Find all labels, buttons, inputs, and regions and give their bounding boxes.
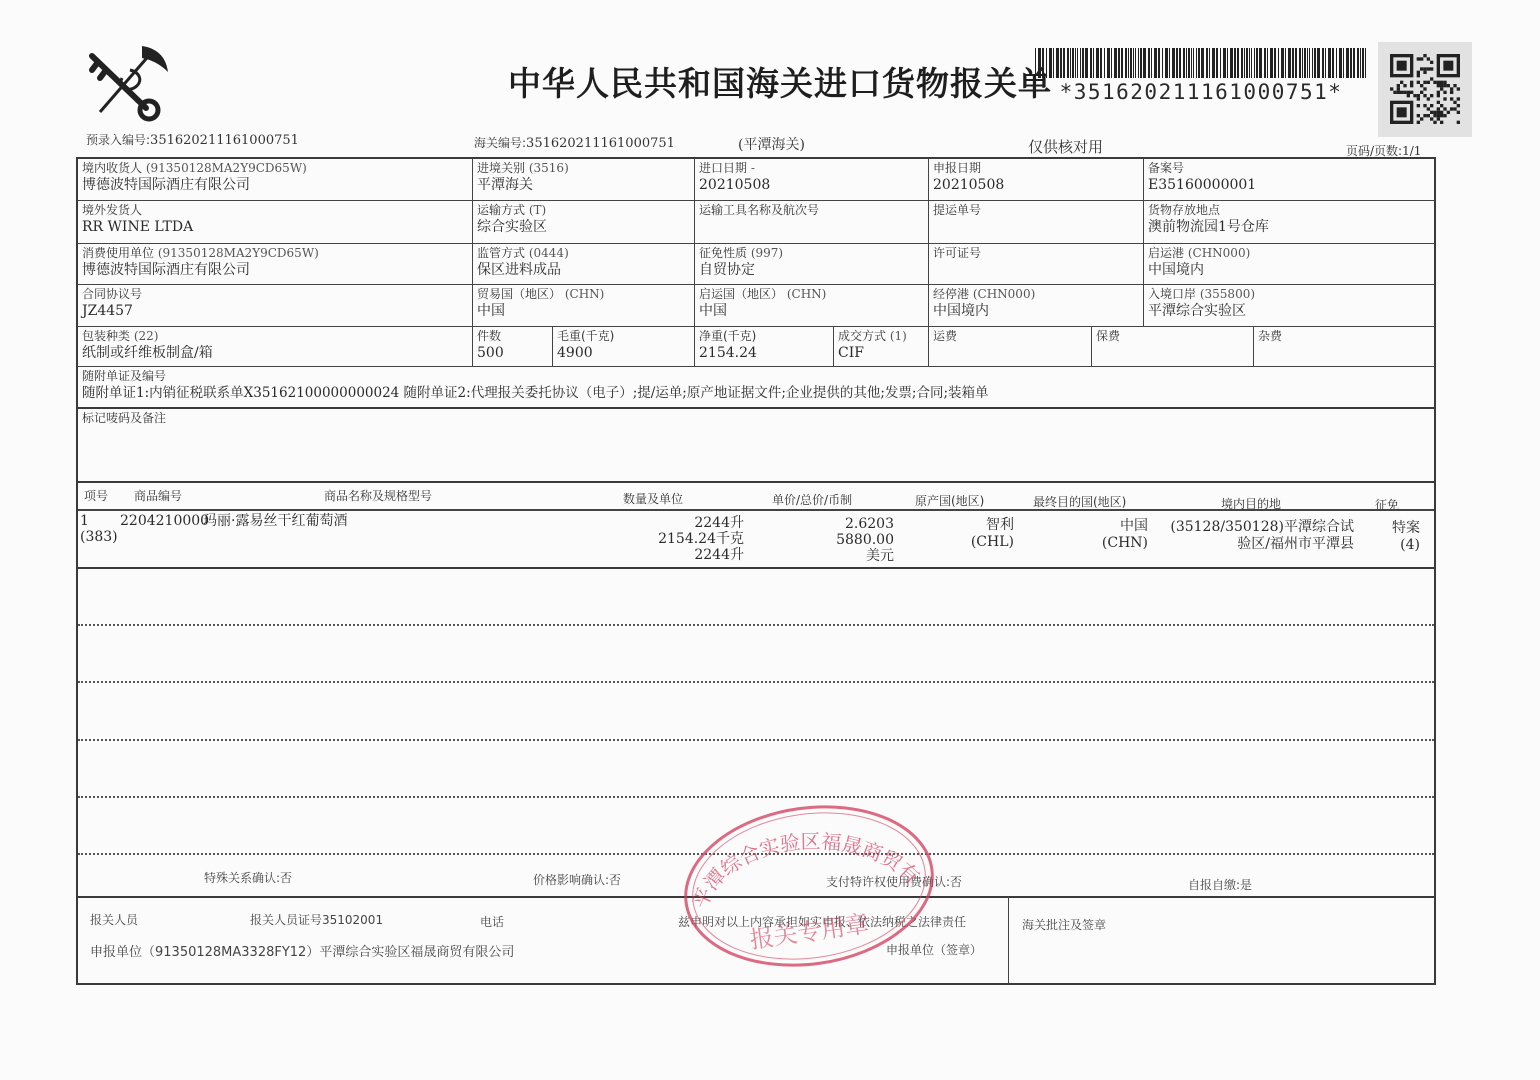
customs-emblem-icon: [82, 42, 172, 122]
customs-number-label: 海关编号:: [474, 136, 526, 150]
field-label: 标记唛码及备注: [82, 410, 1430, 426]
field-contract-no: 合同协议号 JZ4457: [78, 285, 473, 327]
field-label: 货物存放地点: [1148, 202, 1430, 218]
qty-second: 2154.24千克: [658, 532, 744, 547]
field-trade-country: 贸易国（地区） (CHN) 中国: [473, 285, 695, 327]
field-supervision: 监管方式 (0444) 保区进料成品: [473, 244, 695, 285]
hs-code: 2204210000: [120, 514, 209, 529]
col-header-item-no: 项号: [84, 487, 108, 504]
field-code: (91350128MA2Y9CD65W): [146, 161, 307, 175]
field-value: 随附单证1:内销征税联系单X35162100000000024 随附单证2:代理…: [82, 384, 1430, 403]
field-value: 自贸协定: [699, 261, 924, 280]
field-value: 平潭海关: [477, 176, 690, 195]
field-declare-date: 申报日期 20210508: [929, 159, 1144, 201]
field-consignor: 境外发货人 RR WINE LTDA: [78, 201, 473, 244]
field-value: 20210508: [699, 176, 924, 195]
pre-entry-number: 预录入编号:351620211161000751: [86, 131, 299, 148]
customs-approval-label: 海关批注及签章: [1022, 916, 1106, 933]
domestic-dest-line1: (35128/350128)平潭综合试: [1170, 520, 1354, 535]
page-title: 中华人民共和国海关进口货物报关单: [508, 58, 1052, 105]
unit-price: 2.6203: [845, 517, 894, 532]
field-license-no: 许可证号: [929, 244, 1144, 285]
field-net-weight: 净重(千克) 2154.24: [695, 327, 834, 367]
field-label: 合同协议号: [82, 286, 468, 302]
field-label: 贸易国（地区）: [477, 287, 561, 301]
field-label: 运输工具名称及航次号: [699, 202, 924, 218]
declarant-cert: 报关人员证号35102001: [250, 911, 383, 928]
col-header-qty: 数量及单位: [623, 490, 683, 507]
field-value: 综合实验区: [477, 218, 690, 237]
field-label: 提运单号: [933, 202, 1139, 218]
col-header-hs-code: 商品编号: [134, 487, 182, 504]
final-dest-country: 中国: [1120, 519, 1148, 534]
field-label: 进境关别: [477, 161, 525, 175]
field-label: 运输方式: [477, 203, 525, 217]
field-documents: 随附单证及编号 随附单证1:内销征税联系单X35162100000000024 …: [78, 367, 1434, 409]
field-value: 纸制或纤维板制盒/箱: [82, 344, 468, 363]
col-header-origin: 原产国(地区): [915, 492, 984, 509]
field-transaction-mode: 成交方式 (1) CIF: [834, 327, 929, 367]
field-label: 成交方式: [838, 329, 886, 343]
customs-number: 海关编号:351620211161000751: [474, 134, 675, 151]
field-value: 保区进料成品: [477, 261, 690, 280]
field-value: CIF: [838, 344, 924, 363]
qty-legal: 2244升: [694, 516, 744, 531]
field-label: 入境口岸: [1148, 287, 1196, 301]
field-label: 净重(千克): [699, 328, 829, 344]
field-misc-fee: 杂费: [1254, 327, 1434, 367]
col-header-name: 商品名称及规格型号: [324, 487, 432, 504]
unit-signature: 申报单位（签章）: [886, 941, 982, 958]
field-entry-port: 入境口岸 (355800) 平潭综合实验区: [1144, 285, 1434, 327]
qr-code: [1378, 42, 1472, 137]
pre-entry-value: 351620211161000751: [150, 133, 299, 148]
field-value: 澳前物流园1号仓库: [1148, 218, 1430, 237]
field-label: 境内收货人: [82, 161, 142, 175]
verify-note: 仅供核对用: [1028, 136, 1103, 157]
field-label: 经停港: [933, 287, 969, 301]
field-code: (CHN): [787, 287, 827, 301]
field-code: (T): [529, 203, 546, 217]
field-code: -: [751, 161, 755, 175]
field-label: 许可证号: [933, 245, 1139, 261]
item-no: 1: [80, 514, 89, 529]
pre-entry-label: 预录入编号:: [86, 133, 150, 147]
field-label: 运费: [933, 328, 1087, 344]
field-label: 杂费: [1258, 328, 1430, 344]
field-import-date: 进口日期 - 20210508: [695, 159, 929, 201]
field-value: 中国: [699, 302, 924, 321]
declaration-form: 境内收货人 (91350128MA2Y9CD65W) 博德波特国际酒庄有限公司 …: [76, 157, 1436, 985]
qr-code-icon: [1390, 54, 1460, 124]
field-package-type: 包装种类 (22) 纸制或纤维板制盒/箱: [78, 327, 473, 367]
field-storage: 货物存放地点 澳前物流园1号仓库: [1144, 201, 1434, 244]
field-label: 启运国（地区）: [699, 287, 783, 301]
levy-mode: 特案: [1392, 521, 1420, 536]
field-code: (91350128MA2Y9CD65W): [158, 246, 319, 260]
col-header-final-dest: 最终目的国(地区): [1033, 493, 1126, 510]
field-gross-weight: 毛重(千克) 4900: [553, 327, 695, 367]
customs-number-value: 351620211161000751: [526, 136, 675, 151]
page-value: 1/1: [1402, 144, 1421, 158]
field-value: JZ4457: [82, 302, 468, 321]
barcode-number: *351620211161000751*: [1033, 80, 1369, 104]
field-label: 随附单证及编号: [82, 368, 1430, 384]
field-label: 征免性质: [699, 246, 747, 260]
origin-country: 智利: [986, 518, 1014, 533]
self-pay-confirm: 自报自缴:是: [1188, 876, 1252, 893]
field-code: (1): [890, 329, 907, 343]
field-record-no: 备案号 E35160000001: [1144, 159, 1434, 201]
field-marks: 标记唛码及备注: [78, 409, 1434, 483]
field-value: 500: [477, 344, 548, 363]
customs-office: (平潭海关): [738, 134, 805, 154]
field-code: (CHN000): [1188, 246, 1250, 260]
field-label: 毛重(千克): [557, 328, 690, 344]
field-label: 消费使用单位: [82, 246, 154, 260]
field-pieces: 件数 500: [473, 327, 553, 367]
field-value: 博德波特国际酒庄有限公司: [82, 261, 468, 280]
field-code: (997): [751, 246, 783, 260]
field-departure-country: 启运国（地区） (CHN) 中国: [695, 285, 929, 327]
field-code: (22): [134, 329, 159, 343]
field-label: 申报日期: [933, 160, 1139, 176]
field-label: 监管方式: [477, 246, 525, 260]
royalty-confirm: 支付特许权使用费确认:否: [826, 873, 962, 890]
field-value: RR WINE LTDA: [82, 218, 468, 237]
field-levy-nature: 征免性质 (997) 自贸协定: [695, 244, 929, 285]
field-code: (3516): [529, 161, 569, 175]
field-value: 平潭综合实验区: [1148, 302, 1430, 321]
field-transport-mode: 运输方式 (T) 综合实验区: [473, 201, 695, 244]
field-value: 2154.24: [699, 344, 829, 363]
field-value: 中国境内: [1148, 261, 1430, 280]
field-label: 备案号: [1148, 160, 1430, 176]
field-label: 保费: [1096, 328, 1249, 344]
levy-code: (4): [1400, 538, 1420, 553]
field-transit-port: 经停港 (CHN000) 中国境内: [929, 285, 1144, 327]
field-value: 中国: [477, 302, 690, 321]
field-consumer: 消费使用单位 (91350128MA2Y9CD65W) 博德波特国际酒庄有限公司: [78, 244, 473, 285]
field-vessel: 运输工具名称及航次号: [695, 201, 929, 244]
field-label: 进口日期: [699, 161, 747, 175]
price-influence-confirm: 价格影响确认:否: [533, 871, 621, 888]
field-value: 中国境内: [933, 302, 1139, 321]
field-bill-no: 提运单号: [929, 201, 1144, 244]
declarant-label: 报关人员: [90, 911, 138, 928]
item-sub: (383): [80, 530, 118, 545]
domestic-dest-line2: 验区/福州市平潭县: [1237, 537, 1354, 552]
field-code: (CHN000): [973, 287, 1035, 301]
col-header-price: 单价/总价/币制: [772, 491, 852, 508]
field-value: E35160000001: [1148, 176, 1430, 195]
special-relation-confirm: 特殊关系确认:否: [204, 869, 292, 886]
field-insurance: 保费: [1092, 327, 1254, 367]
field-label: 件数: [477, 328, 548, 344]
field-value: 博德波特国际酒庄有限公司: [82, 176, 468, 195]
page-label: 页码/页数:: [1346, 144, 1402, 158]
field-label: 境外发货人: [82, 202, 468, 218]
field-entry-customs: 进境关别 (3516) 平潭海关: [473, 159, 695, 201]
origin-code: (CHL): [971, 535, 1014, 550]
field-code: (355800): [1200, 287, 1255, 301]
field-label: 启运港: [1148, 246, 1184, 260]
final-dest-code: (CHN): [1102, 536, 1148, 551]
field-label: 包装种类: [82, 329, 130, 343]
phone-label: 电话: [480, 913, 504, 930]
currency: 美元: [866, 549, 894, 564]
field-departure-port: 启运港 (CHN000) 中国境内: [1144, 244, 1434, 285]
declaration-statement: 兹申明对以上内容承担如实申报、依法纳税之法律责任: [678, 913, 966, 930]
declaring-unit: 申报单位（91350128MA3328FY12）平潭综合实验区福晟商贸有限公司: [90, 941, 514, 960]
field-value: 4900: [557, 344, 690, 363]
total-price: 5880.00: [836, 533, 894, 548]
field-consignee: 境内收货人 (91350128MA2Y9CD65W) 博德波特国际酒庄有限公司: [78, 159, 473, 201]
goods-name: 玛丽·露易丝干红葡萄酒: [203, 514, 347, 529]
field-value: 20210508: [933, 176, 1139, 195]
field-code: (0444): [529, 246, 569, 260]
field-freight: 运费: [929, 327, 1092, 367]
field-code: (CHN): [565, 287, 605, 301]
qty-declared: 2244升: [694, 548, 744, 563]
